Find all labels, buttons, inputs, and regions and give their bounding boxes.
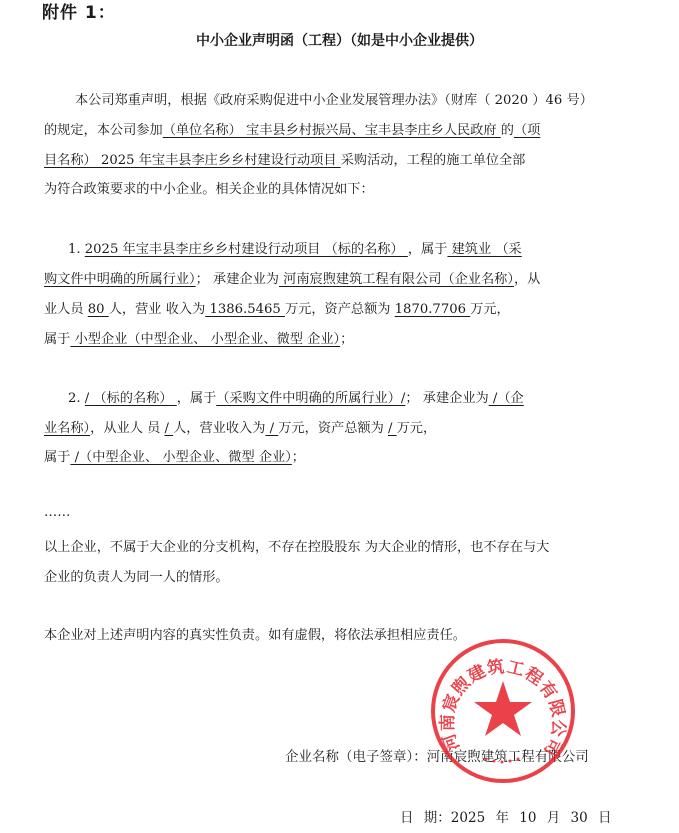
item-number: 1. <box>68 242 85 257</box>
contractor-field: /（企 <box>489 391 524 406</box>
intro-text: 的规定，本公司参加 <box>44 123 163 138</box>
intro-line-3: 目名称） 2025 年宝丰县李庄乡乡村建设行动项目 采购活动，工程的施工单位全部 <box>44 153 525 169</box>
item-text: 万元， <box>470 302 510 317</box>
contractor-field: 河南宸煦建筑工程有限公司（企业名称） <box>279 272 514 287</box>
industry-field: （采购文件中明确的所属行业）/ <box>216 391 405 406</box>
unit-name-field: （单位名称） 宝丰县乡村振兴局、宝丰县李庄乡人民政府 <box>163 123 501 138</box>
statement-line-1: 以上企业，不属于大企业的分支机构，不存在控股股东 为大企业的情形，也不存在与大 <box>44 540 549 556</box>
revenue-field: 1386.5465 <box>205 302 285 317</box>
item-text: 万元，资产总额为 <box>285 302 395 317</box>
item-1-line-2: 购文件中明确的所属行业）； 承建企业为 河南宸煦建筑工程有限公司（企业名称），从 <box>44 272 540 288</box>
item-number: 2. <box>68 391 85 406</box>
assets-field: 1870.7706 <box>395 302 471 317</box>
item-text: ； <box>292 450 305 465</box>
date-line: 日 期：2025 年 10 月 30 日 <box>400 806 612 826</box>
industry-field: 建筑业 （采 <box>447 242 521 257</box>
item-1-line-3: 业人员 80 人，营业 收入为 1386.5465 万元，资产总额为 1870.… <box>44 302 510 318</box>
item-text: 业人员 <box>44 302 88 317</box>
item-2-line-3: 属于 /（中型企业、 小型企业、微型 企业）； <box>44 450 305 466</box>
item-text: 万元， <box>397 421 437 436</box>
subject-name-field: / （标的名称） <box>85 391 177 406</box>
project-name-field: 目名称） 2025 年宝丰县李庄乡乡村建设行动项目 <box>44 153 341 168</box>
intro-line-2: 的规定，本公司参加（单位名称） 宝丰县乡村振兴局、宝丰县李庄乡人民政府 的（项 <box>44 123 540 139</box>
date-day-unit: 日 <box>598 810 612 826</box>
item-text: ，属于 <box>177 391 217 406</box>
attachment-label: 附件 1： <box>42 0 116 23</box>
intro-text: 的 <box>501 123 514 138</box>
date-month: 10 <box>519 810 536 826</box>
item-text: ，从 <box>514 272 540 287</box>
item-text: ； 承建企业为 <box>405 391 488 406</box>
item-2-line-2: 业名称），从业人 员 / 人，营业收入为 / 万元，资产总额为 / 万元， <box>44 421 436 437</box>
item-text: ； 承建企业为 <box>196 272 279 287</box>
item-text: 属于 <box>44 450 70 465</box>
intro-line-4: 为符合政策要求的中小企业。相关企业的具体情况如下： <box>44 182 374 198</box>
date-month-unit: 月 <box>547 810 561 826</box>
date-day: 30 <box>571 810 588 826</box>
enterprise-size-field: 小型企业（中型企业、 小型企业、微型 企业） <box>70 332 340 347</box>
date-label: 日 期： <box>400 810 451 826</box>
signature-label: 企业名称（电子签章）： <box>285 749 427 765</box>
statement-line-2: 企业的负责人为同一人的情形。 <box>44 570 229 586</box>
intro-line-1: 本公司郑重声明，根据《政府采购促进中小企业发展管理办法》（财库（ 2020 ）4… <box>75 93 593 109</box>
item-text: 人，营业 收入为 <box>109 302 206 317</box>
enterprise-size-field: /（中型企业、 小型企业、微型 企业） <box>70 450 291 465</box>
signature-company: 河南宸煦建筑工程有限公司 <box>427 749 589 765</box>
item-text: ，属于 <box>408 242 448 257</box>
date-year: 2025 <box>451 810 485 826</box>
item-text: ； <box>340 332 353 347</box>
intro-text: 采购活动，工程的施工单位全部 <box>341 153 526 168</box>
industry-field-cont: 购文件中明确的所属行业） <box>44 272 196 287</box>
signature-line: 企业名称（电子签章）：河南宸煦建筑工程有限公司 <box>285 745 589 765</box>
star-icon <box>474 681 532 736</box>
project-name-field-start: （项 <box>514 123 540 138</box>
item-2-line-1: 2. / （标的名称） ，属于（采购文件中明确的所属行业）/； 承建企业为 /（… <box>68 391 524 407</box>
assets-field: / <box>388 421 397 436</box>
item-1-line-1: 1. 2025 年宝丰县李庄乡乡村建设行动项目 （标的名称） ，属于 建筑业 （… <box>68 242 522 258</box>
responsibility-statement: 本企业对上述声明内容的真实性负责。如有虚假，将依法承担相应责任。 <box>44 628 466 644</box>
item-1-line-4: 属于 小型企业（中型企业、 小型企业、微型 企业）； <box>44 332 353 348</box>
item-text: 人，营业收入为 <box>173 421 265 436</box>
item-text: 属于 <box>44 332 70 347</box>
staff-count-field: / <box>164 421 173 436</box>
revenue-field: / <box>265 421 278 436</box>
item-text: 万元，资产总额为 <box>278 421 388 436</box>
contractor-field-cont: 业名称） <box>44 421 90 436</box>
date-year-unit: 年 <box>495 810 509 826</box>
staff-count-field: 80 <box>88 302 109 317</box>
item-text: ，从业人 员 <box>90 421 164 436</box>
subject-name-field: 2025 年宝丰县李庄乡乡村建设行动项目 （标的名称） <box>85 242 408 257</box>
document-title: 中小企业声明函（工程）（如是中小企业提供） <box>0 30 679 50</box>
ellipsis: …… <box>44 505 70 521</box>
